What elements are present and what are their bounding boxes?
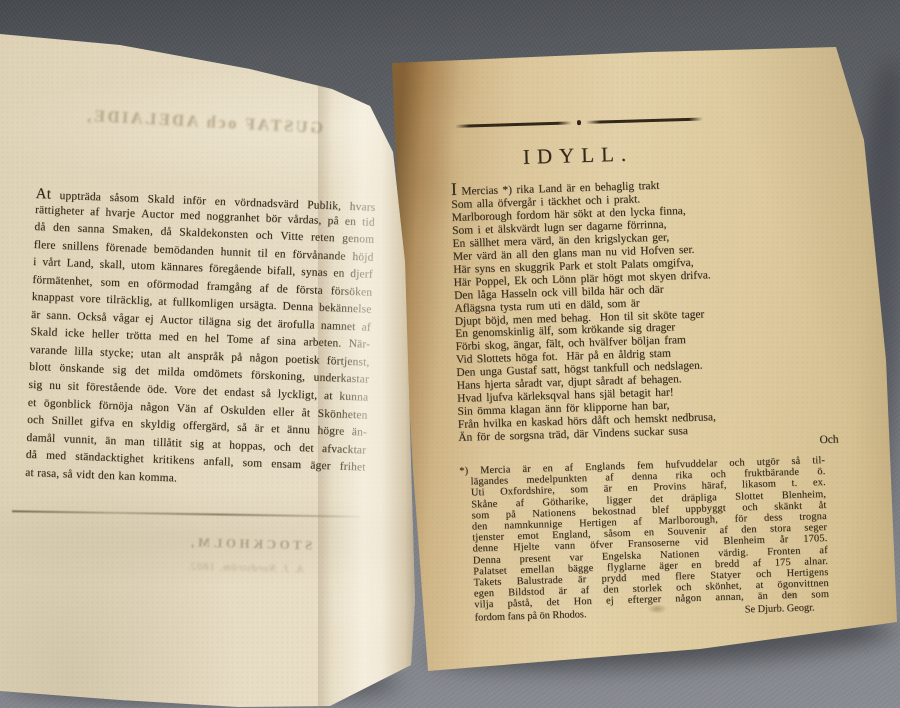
divider-rule-left (455, 122, 572, 128)
divider-rule-right (586, 118, 703, 124)
showthrough-title: GUSTAF och ADELAIDE, (52, 104, 357, 140)
footnote-source-ref: Se Djurb. Geogr. (745, 602, 815, 615)
right-page-content: IDYLL. I Mercias *) rika Land är en beha… (449, 112, 860, 623)
poem: I Mercias *) rika Land är en behaglig tr… (451, 171, 855, 445)
catchword: Och (819, 434, 838, 447)
poem-title: IDYLL. (450, 137, 707, 173)
showthrough-rule (12, 510, 360, 518)
photo-scene: IDYLL. I Mercias *) rika Land är en beha… (0, 0, 900, 708)
footnote: *)MerciaärenafEnglandsfemhufvuddelarochu… (459, 455, 829, 611)
center-dot-icon (577, 120, 582, 125)
